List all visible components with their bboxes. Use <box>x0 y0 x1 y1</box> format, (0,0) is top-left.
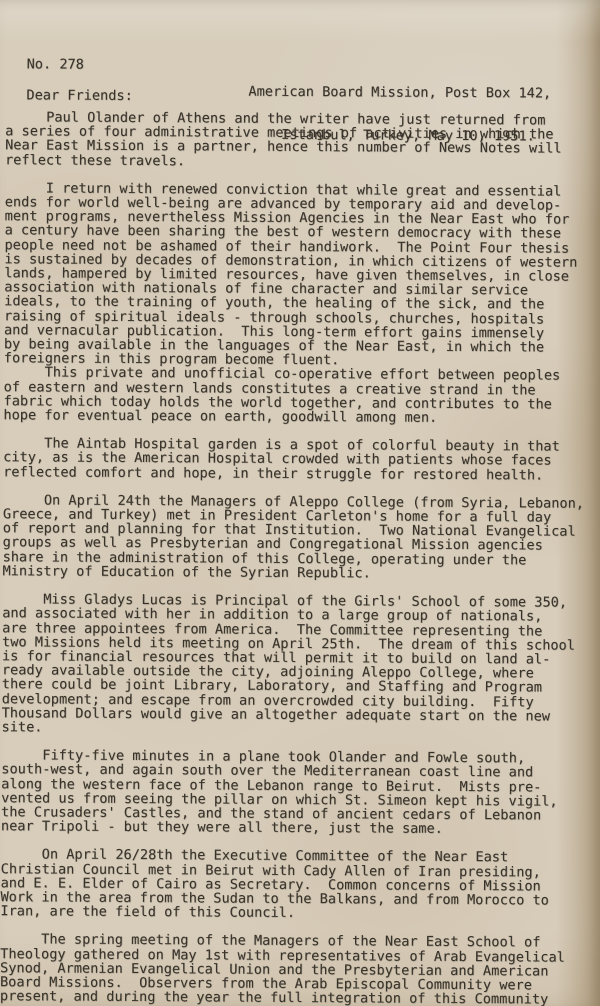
paragraph: On April 24th the Managers of Aleppo Col… <box>2 493 597 582</box>
paragraph: I return with renewed conviction that wh… <box>3 181 598 426</box>
letter-content: No. 278 American Board Mission, Post Box… <box>0 0 600 1006</box>
paragraph: The Aintab Hospital garden is a spot of … <box>3 436 597 482</box>
paragraph: On April 26/28th the Executive Committee… <box>0 848 594 923</box>
paragraph: The spring meeting of the Managers of th… <box>0 933 594 1006</box>
document-number: No. 278 <box>27 57 84 72</box>
letter-body: Paul Olander of Athens and the writer ha… <box>0 110 599 1006</box>
salutation: Dear Friends: <box>26 88 132 103</box>
paragraph: Paul Olander of Athens and the writer ha… <box>5 110 599 170</box>
paragraph: Miss Gladys Lucas is Principal of the Gi… <box>2 592 597 738</box>
address-line-1: American Board Mission, Post Box 142, <box>248 85 551 101</box>
paragraph: Fifty-five minutes in a plane took Oland… <box>1 748 596 837</box>
letter-page: No. 278 American Board Mission, Post Box… <box>0 0 600 1006</box>
